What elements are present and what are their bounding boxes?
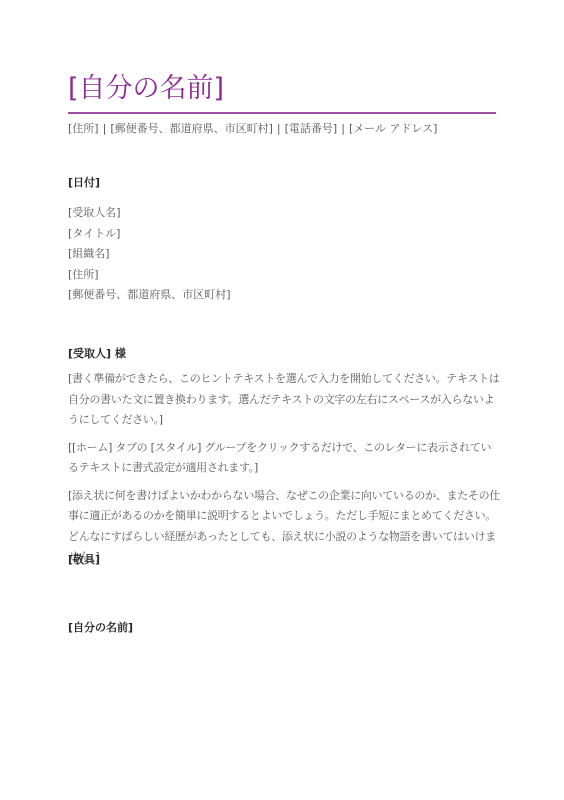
separator: | (99, 122, 111, 135)
contact-line: [住所]|[郵便番号、都道府県、市区町村]|[電話番号]|[メール アドレス] (68, 121, 437, 137)
recipient-title[interactable]: [タイトル] (68, 224, 231, 245)
contact-postal[interactable]: [郵便番号、都道府県、市区町村] (110, 122, 273, 135)
contact-address[interactable]: [住所] (68, 122, 99, 135)
recipient-organization[interactable]: [組織名] (68, 244, 231, 265)
recipient-address[interactable]: [住所] (68, 265, 231, 286)
contact-email[interactable]: [メール アドレス] (349, 122, 438, 135)
recipient-block: [受取人名] [タイトル] [組織名] [住所] [郵便番号、都道府県、市区町村… (68, 203, 231, 306)
body-paragraph[interactable]: [添え状に何を書けばよいかわからない場合、なぜこの企業に向いているのか、またその… (68, 486, 500, 568)
salutation[interactable]: [受取人] 様 (68, 346, 126, 362)
title-divider (68, 112, 496, 114)
body-paragraph[interactable]: [[ホーム] タブの [スタイル] グループをクリックするだけで、このレターに表… (68, 438, 500, 479)
closing[interactable]: [敬具] (68, 552, 100, 568)
separator: | (337, 122, 349, 135)
contact-phone[interactable]: [電話番号] (285, 122, 338, 135)
signature-name[interactable]: [自分の名前] (68, 620, 133, 636)
letter-page: [自分の名前] [住所]|[郵便番号、都道府県、市区町村]|[電話番号]|[メー… (68, 0, 496, 800)
date-field[interactable]: [日付] (68, 175, 100, 191)
separator: | (273, 122, 285, 135)
recipient-name[interactable]: [受取人名] (68, 203, 231, 224)
recipient-postal[interactable]: [郵便番号、都道府県、市区町村] (68, 285, 231, 306)
letter-body: [書く準備ができたら、このヒントテキストを選んで入力を開始してください。テキスト… (68, 369, 500, 575)
sender-name-title[interactable]: [自分の名前] (68, 72, 224, 106)
body-paragraph[interactable]: [書く準備ができたら、このヒントテキストを選んで入力を開始してください。テキスト… (68, 369, 500, 431)
